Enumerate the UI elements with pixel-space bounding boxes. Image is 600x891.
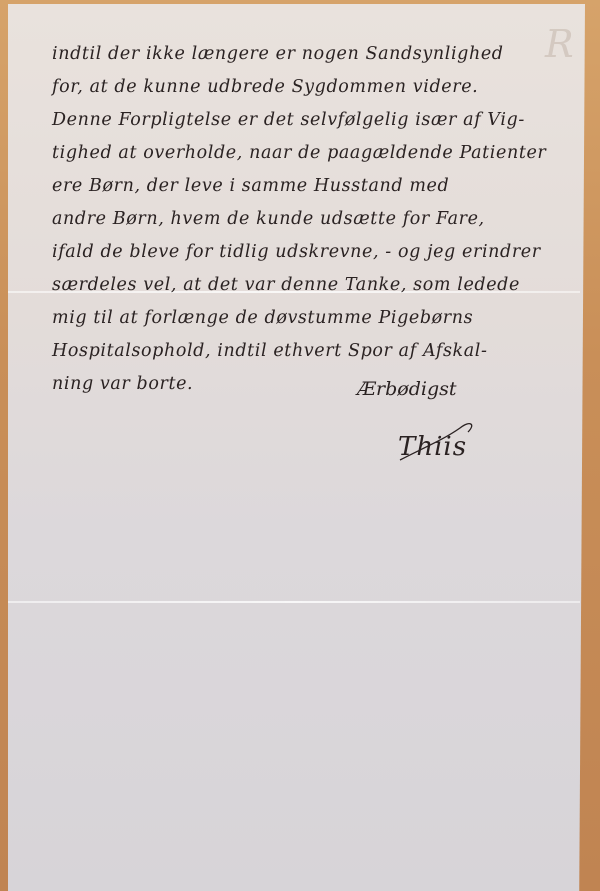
letter-closing: Ærbødigst (357, 378, 457, 400)
text-line: tighed at overholde, naar de paagældende… (52, 137, 572, 170)
text-line: ere Børn, der leve i samme Husstand med (52, 170, 572, 203)
letter-body: indtil der ikke længere er nogen Sandsyn… (52, 38, 572, 401)
text-line: ifald de bleve for tidlig udskrevne, - o… (52, 236, 572, 269)
text-line: særdeles vel, at det var denne Tanke, so… (52, 269, 572, 302)
text-line: for, at de kunne udbrede Sygdommen vider… (52, 71, 572, 104)
text-line: indtil der ikke længere er nogen Sandsyn… (52, 38, 572, 71)
text-line: Hospitalsophold, indtil ethvert Spor af … (52, 335, 572, 368)
paper-fold-line (8, 601, 580, 603)
signature: Thiis (398, 432, 467, 462)
text-line: mig til at forlænge de døvstumme Pigebør… (52, 302, 572, 335)
text-line: Denne Forpligtelse er det selvfølgelig i… (52, 104, 572, 137)
text-line: andre Børn, hvem de kunde udsætte for Fa… (52, 203, 572, 236)
text-line: ning var borte. (52, 368, 572, 401)
